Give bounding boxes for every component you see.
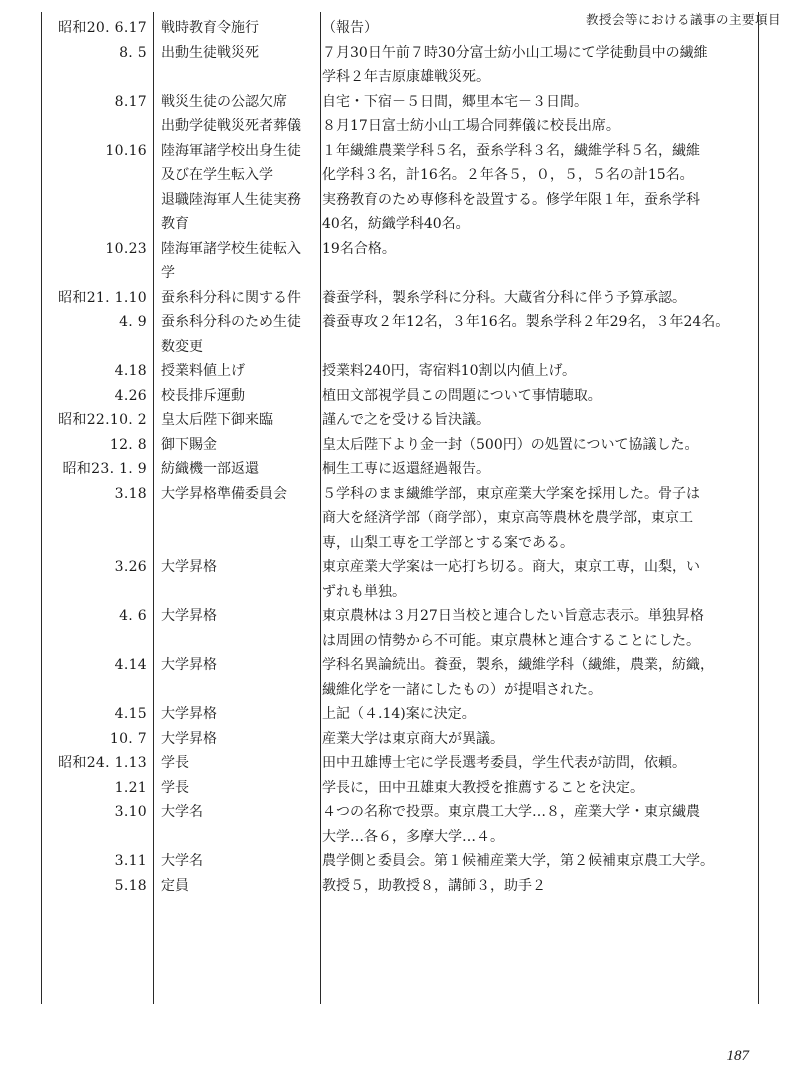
item-text: 陸海軍諸学校出身生徒 [161, 139, 313, 164]
description-cell: 学長に，田中丑雄東大教授を推薦することを決定。 [313, 776, 753, 801]
date-cell: 10.16 [41, 139, 153, 188]
description-cell: 自宅・下宿－５日間，郷里本宅－３日間。 [313, 90, 753, 115]
item-cell: 陸海軍諸学校生徒転入学 [153, 237, 313, 286]
table-row: 3.11 大学名 農学側と委員会。第１候補産業大学，第２候補東京農工大学。 [41, 849, 759, 874]
description-text: 産業大学は東京商大が異議。 [322, 727, 753, 752]
item-text: 戦災生徒の公認欠席 [161, 90, 313, 115]
item-text: 大学昇格 [161, 727, 313, 752]
description-cell: 養蚕専攻２年12名，３年16名。製糸学科２年29名，３年24名。 [313, 310, 753, 359]
item-cell: 退職陸海軍人生徒実務教育 [153, 188, 313, 237]
date-cell: 昭和23. 1. 9 [41, 457, 153, 482]
item-text: 校長排斥運動 [161, 384, 313, 409]
table-row: 8. 5 出動生徒戦災死 ７月30日午前７時30分富士紡小山工場にて学徒動員中の… [41, 41, 759, 90]
description-text: 自宅・下宿－５日間，郷里本宅－３日間。 [322, 90, 753, 115]
description-text: 桐生工専に返還経過報告。 [322, 457, 753, 482]
item-text: 陸海軍諸学校生徒転入 [161, 237, 313, 262]
description-text: 皇太后陛下より金一封（500円）の処置について協議した。 [322, 433, 753, 458]
item-cell: 陸海軍諸学校出身生徒及び在学生転入学 [153, 139, 313, 188]
item-cell: 皇太后陛下御来臨 [153, 408, 313, 433]
table-row: 4. 9 蚕糸科分科のため生徒数変更 養蚕専攻２年12名，３年16名。製糸学科２… [41, 310, 759, 359]
item-text: 皇太后陛下御来臨 [161, 408, 313, 433]
item-text: 蚕糸科分科のため生徒 [161, 310, 313, 335]
item-text: 大学名 [161, 849, 313, 874]
date-cell: 3.10 [41, 800, 153, 849]
description-cell: 東京産業大学案は一応打ち切る。商大，東京工専，山梨，いずれも単独。 [313, 555, 753, 604]
description-text: 学長に，田中丑雄東大教授を推薦することを決定。 [322, 776, 753, 801]
date-cell: 8.17 [41, 90, 153, 115]
item-text: 退職陸海軍人生徒実務 [161, 188, 313, 213]
description-cell: 皇太后陛下より金一封（500円）の処置について協議した。 [313, 433, 753, 458]
table-row: 出動学徒戦災死者葬儀 ８月17日富士紡小山工場合同葬儀に校長出席。 [41, 114, 759, 139]
description-cell: 農学側と委員会。第１候補産業大学，第２候補東京農工大学。 [313, 849, 753, 874]
date-cell: 4.14 [41, 653, 153, 702]
description-text: 東京産業大学案は一応打ち切る。商大，東京工専，山梨，い [322, 555, 753, 580]
item-text: 定員 [161, 874, 313, 899]
table-row: 昭和20. 6.17 戦時教育令施行 （報告） [41, 16, 759, 41]
item-text: 蚕糸科分科に関する件 [161, 286, 313, 311]
item-cell: 校長排斥運動 [153, 384, 313, 409]
description-text: 学科名異論続出。養蚕，製糸，繊維学科（繊維，農業，紡織， [322, 653, 753, 678]
item-text: 教育 [161, 212, 313, 237]
date-cell: 4.26 [41, 384, 153, 409]
item-cell: 戦災生徒の公認欠席 [153, 90, 313, 115]
date-cell: 昭和22.10. 2 [41, 408, 153, 433]
table-row: 4.14 大学昇格 学科名異論続出。養蚕，製糸，繊維学科（繊維，農業，紡織，繊維… [41, 653, 759, 702]
item-cell: 大学名 [153, 849, 313, 874]
description-text: 植田文部視学員この問題について事情聴取。 [322, 384, 753, 409]
table-row: 4.26 校長排斥運動 植田文部視学員この問題について事情聴取。 [41, 384, 759, 409]
description-text: ８月17日富士紡小山工場合同葬儀に校長出席。 [322, 114, 753, 139]
table-row: 昭和24. 1.13 学長 田中丑雄博士宅に学長選考委員，学生代表が訪問，依頼。 [41, 751, 759, 776]
table-row: 4. 6 大学昇格 東京農林は３月27日当校と連合したい旨意志表示。単独昇格は周… [41, 604, 759, 653]
item-cell: 蚕糸科分科に関する件 [153, 286, 313, 311]
description-cell: （報告） [313, 16, 753, 41]
item-cell: 戦時教育令施行 [153, 16, 313, 41]
date-cell: 3.11 [41, 849, 153, 874]
description-text: 40名，紡織学科40名。 [322, 212, 753, 237]
description-text: １年繊維農業学科５名，蚕糸学科３名，繊維学科５名，繊維 [322, 139, 753, 164]
description-text: 上記（４.14)案に決定。 [322, 702, 753, 727]
description-cell: 東京農林は３月27日当校と連合したい旨意志表示。単独昇格は周囲の情勢から不可能。… [313, 604, 753, 653]
date-cell [41, 188, 153, 237]
item-text: 御下賜金 [161, 433, 313, 458]
item-cell: 定員 [153, 874, 313, 899]
description-text: 実務教育のため専修科を設置する。修学年限１年，蚕糸学科 [322, 188, 753, 213]
item-cell: 御下賜金 [153, 433, 313, 458]
item-text: 大学昇格 [161, 653, 313, 678]
description-text: 養蚕専攻２年12名，３年16名。製糸学科２年29名，３年24名。 [322, 310, 753, 335]
description-cell: 田中丑雄博士宅に学長選考委員，学生代表が訪問，依頼。 [313, 751, 753, 776]
table-body: 昭和20. 6.17 戦時教育令施行 （報告） 8. 5 出動生徒戦災死 ７月3… [41, 12, 759, 898]
item-cell: 授業料値上げ [153, 359, 313, 384]
date-cell: 4.18 [41, 359, 153, 384]
item-cell: 大学名 [153, 800, 313, 849]
item-cell: 大学昇格準備委員会 [153, 482, 313, 556]
table-row: 4.18 授業料値上げ 授業料240円，寄宿料10割以内値上げ。 [41, 359, 759, 384]
date-cell: 昭和24. 1.13 [41, 751, 153, 776]
description-cell: ５学科のまま繊維学部，東京産業大学案を採用した。骨子は商大を経済学部（商学部），… [313, 482, 753, 556]
item-text: 大学昇格 [161, 604, 313, 629]
item-text: 出動生徒戦災死 [161, 41, 313, 66]
description-text: ずれも単独。 [322, 580, 753, 605]
item-cell: 出動生徒戦災死 [153, 41, 313, 90]
description-text: 東京農林は３月27日当校と連合したい旨意志表示。単独昇格 [322, 604, 753, 629]
item-text: 学長 [161, 751, 313, 776]
date-cell: 8. 5 [41, 41, 153, 90]
table-row: 昭和21. 1.10 蚕糸科分科に関する件 養蚕学科，製糸学科に分科。大蔵省分科… [41, 286, 759, 311]
date-cell: 3.18 [41, 482, 153, 556]
table-row: 8.17 戦災生徒の公認欠席 自宅・下宿－５日間，郷里本宅－３日間。 [41, 90, 759, 115]
description-cell: ４つの名称で投票。東京農工大学…８，産業大学・東京繊農大学…各６，多摩大学…４。 [313, 800, 753, 849]
item-text: 学 [161, 261, 313, 286]
date-cell: 昭和21. 1.10 [41, 286, 153, 311]
table-row: 昭和22.10. 2 皇太后陛下御来臨 謹んで之を受ける旨決議。 [41, 408, 759, 433]
date-cell: 4. 9 [41, 310, 153, 359]
item-text: 紡織機一部返還 [161, 457, 313, 482]
description-text: 謹んで之を受ける旨決議。 [322, 408, 753, 433]
table-row: 4.15 大学昇格 上記（４.14)案に決定。 [41, 702, 759, 727]
item-text: 出動学徒戦災死者葬儀 [161, 114, 313, 139]
description-cell: 謹んで之を受ける旨決議。 [313, 408, 753, 433]
description-cell: 産業大学は東京商大が異議。 [313, 727, 753, 752]
date-cell: 12. 8 [41, 433, 153, 458]
date-cell: 4. 6 [41, 604, 153, 653]
table-row: 12. 8 御下賜金 皇太后陛下より金一封（500円）の処置について協議した。 [41, 433, 759, 458]
table-row: 3.10 大学名 ４つの名称で投票。東京農工大学…８，産業大学・東京繊農大学…各… [41, 800, 759, 849]
description-text: 学科２年吉原康雄戦災死。 [322, 65, 753, 90]
item-cell: 大学昇格 [153, 604, 313, 653]
date-cell [41, 114, 153, 139]
table-row: 3.18 大学昇格準備委員会 ５学科のまま繊維学部，東京産業大学案を採用した。骨… [41, 482, 759, 556]
item-cell: 学長 [153, 776, 313, 801]
date-cell: 10. 7 [41, 727, 153, 752]
item-text: 大学昇格 [161, 555, 313, 580]
description-text: 田中丑雄博士宅に学長選考委員，学生代表が訪問，依頼。 [322, 751, 753, 776]
table-row: 昭和23. 1. 9 紡織機一部返還 桐生工専に返還経過報告。 [41, 457, 759, 482]
description-cell: ８月17日富士紡小山工場合同葬儀に校長出席。 [313, 114, 753, 139]
item-text: 学長 [161, 776, 313, 801]
description-text: （報告） [322, 16, 753, 41]
item-cell: 大学昇格 [153, 653, 313, 702]
date-cell: 昭和20. 6.17 [41, 16, 153, 41]
date-cell: 10.23 [41, 237, 153, 286]
page-number: 187 [727, 1048, 750, 1065]
description-text: ７月30日午前７時30分富士紡小山工場にて学徒動員中の繊維 [322, 41, 753, 66]
description-cell: ７月30日午前７時30分富士紡小山工場にて学徒動員中の繊維学科２年吉原康雄戦災死… [313, 41, 753, 90]
item-cell: 学長 [153, 751, 313, 776]
table-row: 3.26 大学昇格 東京産業大学案は一応打ち切る。商大，東京工専，山梨，いずれも… [41, 555, 759, 604]
item-cell: 蚕糸科分科のため生徒数変更 [153, 310, 313, 359]
table-row: 10.23 陸海軍諸学校生徒転入学 19名合格。 [41, 237, 759, 286]
table-row: 10.16 陸海軍諸学校出身生徒及び在学生転入学 １年繊維農業学科５名，蚕糸学科… [41, 139, 759, 188]
description-text: 養蚕学科，製糸学科に分科。大蔵省分科に伴う予算承認。 [322, 286, 753, 311]
description-cell: 上記（４.14)案に決定。 [313, 702, 753, 727]
item-cell: 出動学徒戦災死者葬儀 [153, 114, 313, 139]
item-cell: 大学昇格 [153, 727, 313, 752]
description-text: 農学側と委員会。第１候補産業大学，第２候補東京農工大学。 [322, 849, 753, 874]
item-cell: 紡織機一部返還 [153, 457, 313, 482]
description-text: ５学科のまま繊維学部，東京産業大学案を採用した。骨子は [322, 482, 753, 507]
description-text: 教授５，助教授８，講師３，助手２ [322, 874, 753, 899]
description-cell: 植田文部視学員この問題について事情聴取。 [313, 384, 753, 409]
description-cell: 桐生工専に返還経過報告。 [313, 457, 753, 482]
description-text: 授業料240円，寄宿料10割以内値上げ。 [322, 359, 753, 384]
item-cell: 大学昇格 [153, 702, 313, 727]
description-text: 大学…各６，多摩大学…４。 [322, 825, 753, 850]
minutes-table: 昭和20. 6.17 戦時教育令施行 （報告） 8. 5 出動生徒戦災死 ７月3… [41, 12, 759, 1004]
item-text: 授業料値上げ [161, 359, 313, 384]
description-cell: １年繊維農業学科５名，蚕糸学科３名，繊維学科５名，繊維化学科３名，計16名。２年… [313, 139, 753, 188]
date-cell: 5.18 [41, 874, 153, 899]
item-text: 戦時教育令施行 [161, 16, 313, 41]
item-cell: 大学昇格 [153, 555, 313, 604]
item-text: 及び在学生転入学 [161, 163, 313, 188]
description-text: は周囲の情勢から不可能。東京農林と連合することにした。 [322, 629, 753, 654]
description-text: ４つの名称で投票。東京農工大学…８，産業大学・東京繊農 [322, 800, 753, 825]
date-cell: 1.21 [41, 776, 153, 801]
table-row: 1.21 学長 学長に，田中丑雄東大教授を推薦することを決定。 [41, 776, 759, 801]
description-text: 商大を経済学部（商学部），東京高等農林を農学部，東京工 [322, 506, 753, 531]
description-cell: 19名合格。 [313, 237, 753, 286]
date-cell: 3.26 [41, 555, 153, 604]
description-text: 化学科３名，計16名。２年各５，０，５，５名の計15名。 [322, 163, 753, 188]
item-text: 大学昇格 [161, 702, 313, 727]
description-cell: 実務教育のため専修科を設置する。修学年限１年，蚕糸学科40名，紡織学科40名。 [313, 188, 753, 237]
description-text: 19名合格。 [322, 237, 753, 262]
description-cell: 授業料240円，寄宿料10割以内値上げ。 [313, 359, 753, 384]
item-text: 数変更 [161, 335, 313, 360]
table-row: 退職陸海軍人生徒実務教育 実務教育のため専修科を設置する。修学年限１年，蚕糸学科… [41, 188, 759, 237]
description-cell: 養蚕学科，製糸学科に分科。大蔵省分科に伴う予算承認。 [313, 286, 753, 311]
item-text: 大学名 [161, 800, 313, 825]
description-text: 繊維化学を一諸にしたもの）が提唱された。 [322, 678, 753, 703]
description-text: 専，山梨工専を工学部とする案である。 [322, 531, 753, 556]
item-text: 大学昇格準備委員会 [161, 482, 313, 507]
description-cell: 教授５，助教授８，講師３，助手２ [313, 874, 753, 899]
date-cell: 4.15 [41, 702, 153, 727]
table-row: 5.18 定員 教授５，助教授８，講師３，助手２ [41, 874, 759, 899]
description-cell: 学科名異論続出。養蚕，製糸，繊維学科（繊維，農業，紡織，繊維化学を一諸にしたもの… [313, 653, 753, 702]
table-row: 10. 7 大学昇格 産業大学は東京商大が異議。 [41, 727, 759, 752]
